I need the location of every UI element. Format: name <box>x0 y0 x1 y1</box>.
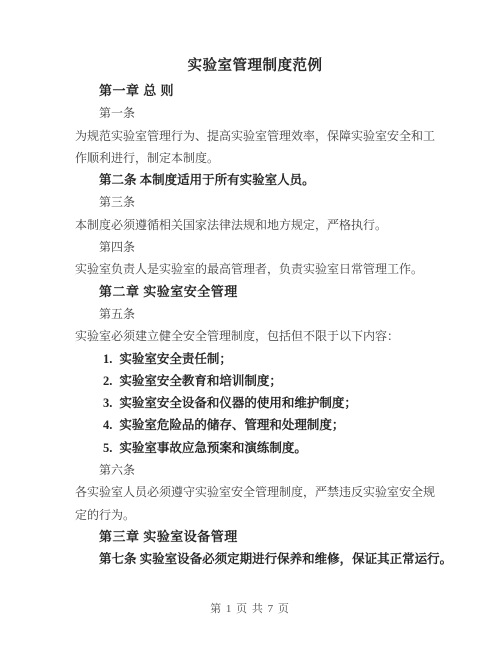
list-item-number: 5. <box>103 437 112 459</box>
chapter-heading: 第三章 实验室设备管理 <box>75 526 435 548</box>
list-item: 2.实验室安全教育和培训制度； <box>75 370 435 392</box>
article-heading: 第七条 实验室设备必须定期进行保养和维修，保证其正常运行。 <box>75 548 435 570</box>
article-label: 第一条 <box>75 102 435 124</box>
list-item: 4.实验室危险品的储存、管理和处理制度； <box>75 414 435 436</box>
page-number: 第 1 页 共 7 页 <box>0 600 500 616</box>
document-body: 第一章 总 则第一条为规范实验室管理行为、提高实验室管理效率，保障实验室安全和工… <box>75 80 435 571</box>
list-item: 5.实验室事故应急预案和演练制度。 <box>75 437 435 459</box>
paragraph: 本制度必须遵循相关国家法律法规和地方规定，严格执行。 <box>75 214 435 236</box>
paragraph: 为规范实验室管理行为、提高实验室管理效率，保障实验室安全和工作顺利进行，制定本制… <box>75 125 435 170</box>
list-item-text: 实验室安全责任制； <box>119 352 232 366</box>
chapter-heading: 第一章 总 则 <box>75 80 435 102</box>
document-content: 实验室管理制度范例 第一章 总 则第一条为规范实验室管理行为、提高实验室管理效率… <box>0 0 500 571</box>
paragraph: 实验室负责人是实验室的最高管理者，负责实验室日常管理工作。 <box>75 258 435 280</box>
article-heading: 第二条 本制度适用于所有实验室人员。 <box>75 169 435 191</box>
list-item-text: 实验室安全设备和仪器的使用和维护制度； <box>119 396 357 410</box>
article-label: 第三条 <box>75 191 435 213</box>
article-label: 第四条 <box>75 236 435 258</box>
list-item: 1.实验室安全责任制； <box>75 348 435 370</box>
list-item-text: 实验室安全教育和培训制度； <box>119 374 282 388</box>
list-item: 3.实验室安全设备和仪器的使用和维护制度； <box>75 392 435 414</box>
document-title: 实验室管理制度范例 <box>75 52 435 80</box>
list-item-text: 实验室事故应急预案和演练制度。 <box>119 441 307 455</box>
chapter-heading: 第二章 实验室安全管理 <box>75 281 435 303</box>
list-item-number: 3. <box>103 392 112 414</box>
document-page: 实验室管理制度范例 第一章 总 则第一条为规范实验室管理行为、提高实验室管理效率… <box>0 0 500 647</box>
list-item-number: 4. <box>103 414 112 436</box>
list-item-number: 1. <box>103 348 112 370</box>
paragraph: 各实验室人员必须遵守实验室安全管理制度，严禁违反实验室安全规定的行为。 <box>75 481 435 526</box>
paragraph: 实验室必须建立健全安全管理制度，包括但不限于以下内容： <box>75 325 435 347</box>
article-label: 第五条 <box>75 303 435 325</box>
article-label: 第六条 <box>75 459 435 481</box>
list-item-text: 实验室危险品的储存、管理和处理制度； <box>119 418 344 432</box>
list-item-number: 2. <box>103 370 112 392</box>
